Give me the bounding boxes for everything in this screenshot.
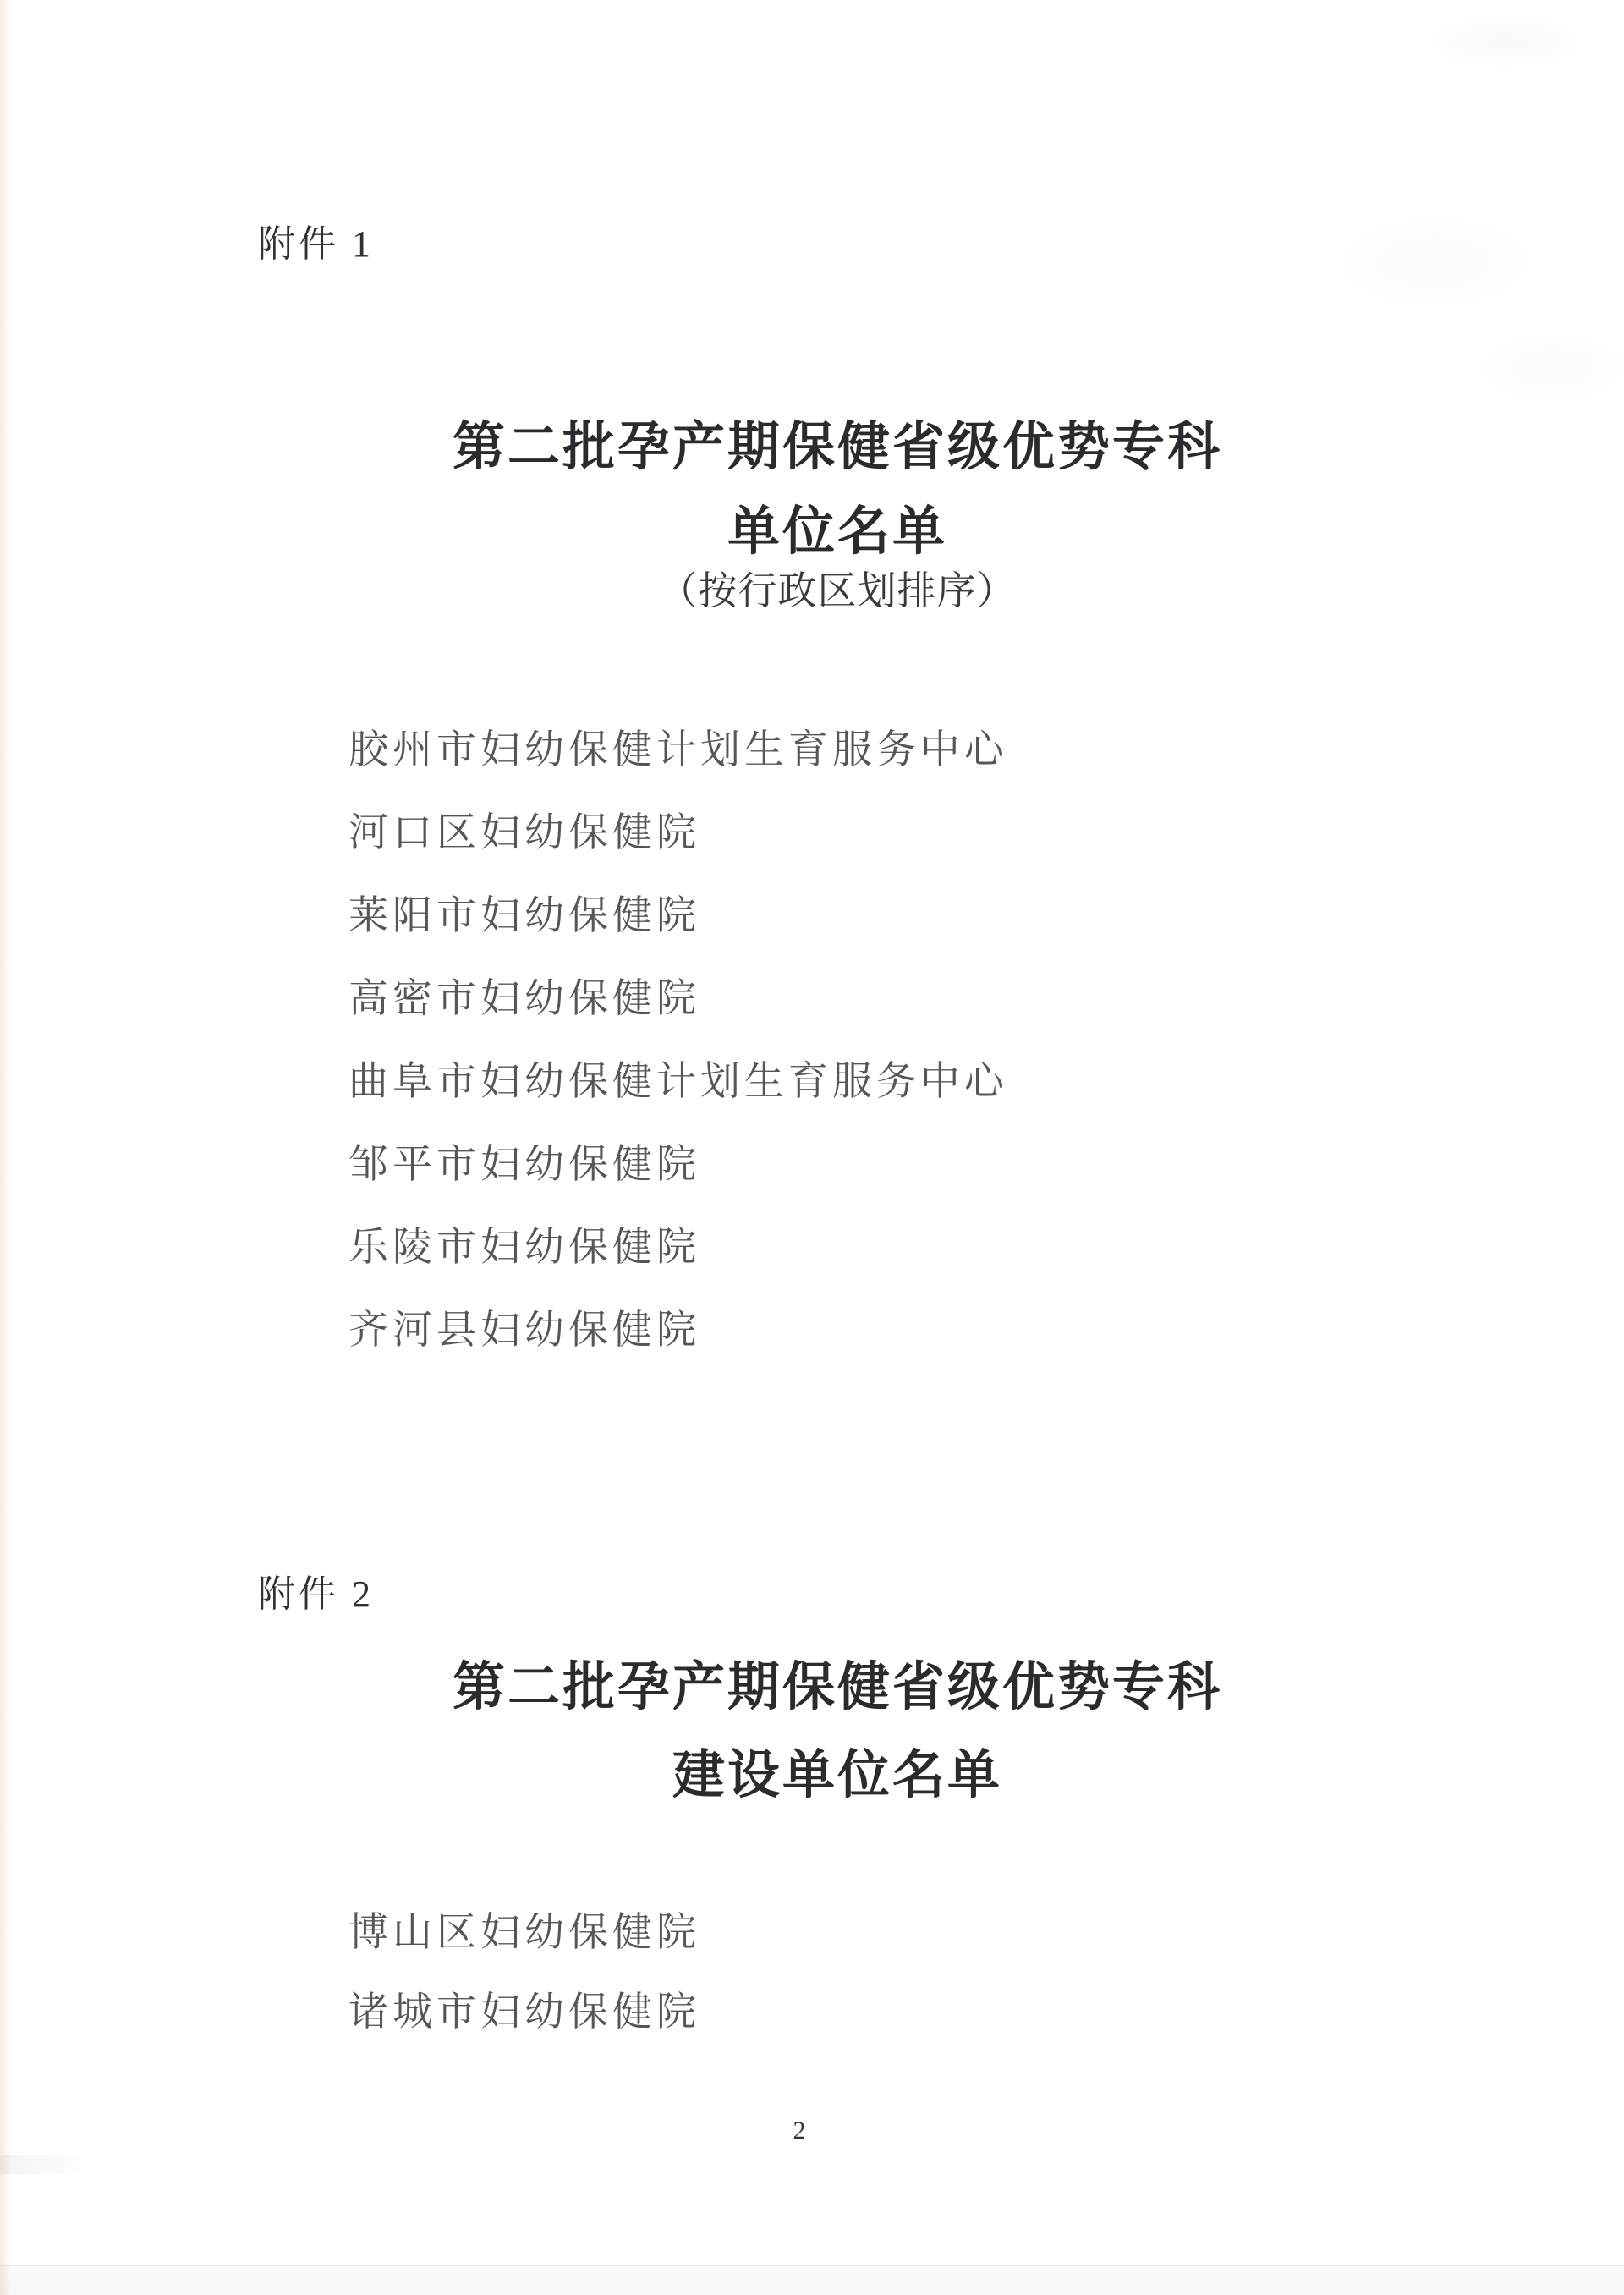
page-number: 2 (0, 2117, 1599, 2145)
unit-list-item: 乐陵市妇幼保健院 (348, 1223, 1008, 1306)
unit-list-item: 博山区妇幼保健院 (348, 1908, 700, 1988)
unit-list-item: 齐河县妇幼保健院 (348, 1306, 1008, 1389)
scan-edge-left-artifact (0, 0, 11, 2295)
attachment-1-label: 附件 1 (258, 213, 374, 267)
attachment-2-label: 附件 2 (258, 1563, 374, 1617)
unit-list-item: 邹平市妇幼保健院 (348, 1140, 1008, 1223)
attachment-2-title-line2: 建设单位名单 (258, 1732, 1417, 1808)
unit-list-item: 河口区妇幼保健院 (348, 809, 1008, 892)
document-page: 附件 1 第二批孕产期保健省级优势专科 单位名单 （按行政区划排序） 胶州市妇幼… (0, 0, 1624, 2295)
unit-list-item: 曲阜市妇幼保健计划生育服务中心 (348, 1057, 1008, 1140)
scan-edge-bottom-artifact (0, 2265, 1624, 2295)
unit-list-item: 诸城市妇幼保健院 (348, 1988, 700, 2067)
scan-smudge-artifact (0, 2155, 93, 2174)
attachment-2-title-line1: 第二批孕产期保健省级优势专科 (258, 1644, 1417, 1720)
attachment-1-title-line2: 单位名单 (258, 489, 1417, 564)
attachment-1-title-line1: 第二批孕产期保健省级优势专科 (258, 404, 1417, 480)
unit-list-item: 高密市妇幼保健院 (348, 975, 1008, 1057)
attachment-1-subtitle: （按行政区划排序） (258, 560, 1417, 616)
attachment-1-unit-list: 胶州市妇幼保健计划生育服务中心 河口区妇幼保健院 莱阳市妇幼保健院 高密市妇幼保… (348, 726, 1008, 1389)
unit-list-item: 胶州市妇幼保健计划生育服务中心 (348, 726, 1008, 809)
attachment-2-unit-list: 博山区妇幼保健院 诸城市妇幼保健院 (348, 1908, 700, 2067)
unit-list-item: 莱阳市妇幼保健院 (348, 892, 1008, 975)
